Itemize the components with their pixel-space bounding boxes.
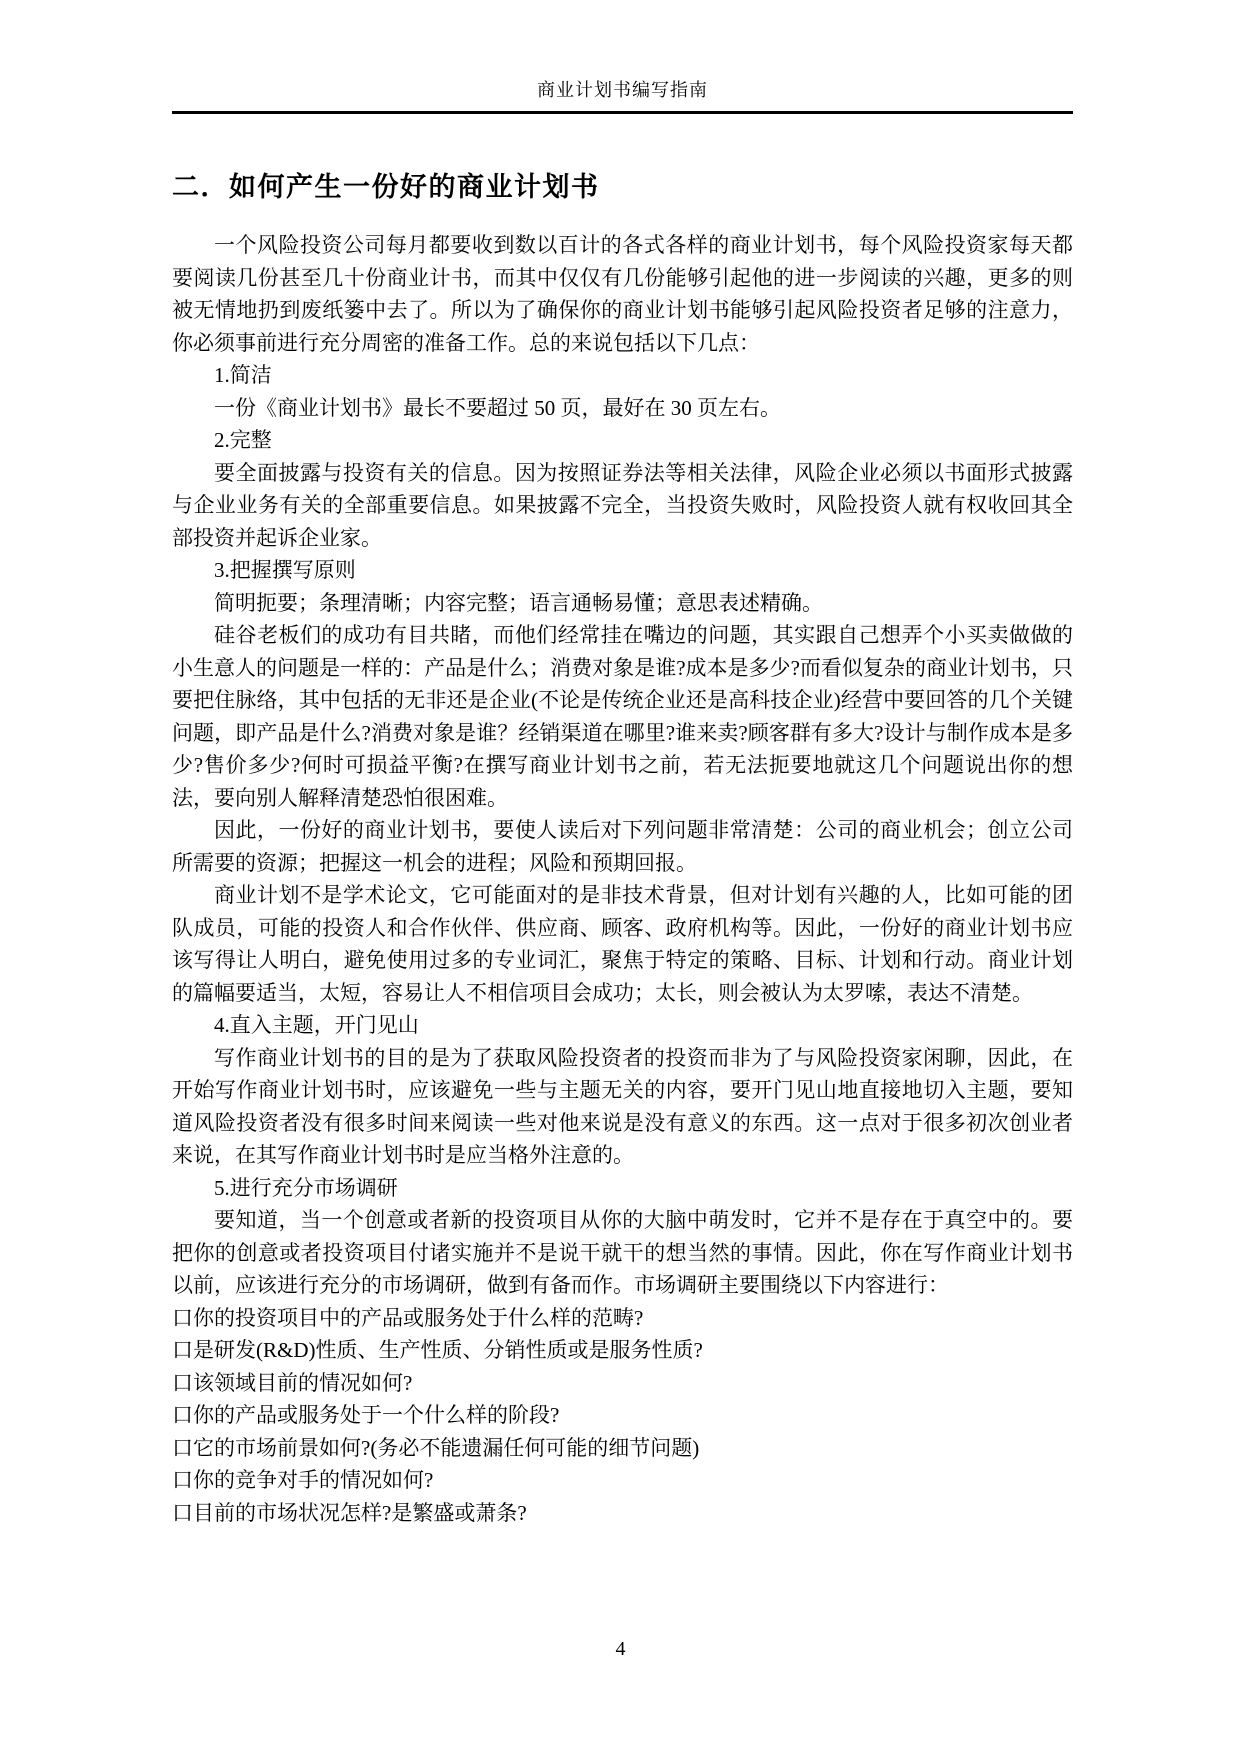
paragraph: 一份《商业计划书》最长不要超过 50 页，最好在 30 页左右。 xyxy=(172,392,1073,425)
checklist-item: 口你的投资项目中的产品或服务处于什么样的范畴? xyxy=(172,1302,1073,1335)
numbered-item: 3.把握撰写原则 xyxy=(172,554,1073,587)
header-rule xyxy=(172,111,1073,114)
paragraph: 商业计划不是学术论文，它可能面对的是非技术背景，但对计划有兴趣的人，比如可能的团… xyxy=(172,879,1073,1009)
document-page: 商业计划书编写指南 二．如何产生一份好的商业计划书 一个风险投资公司每月都要收到… xyxy=(0,0,1241,1754)
page-number: 4 xyxy=(0,1638,1241,1661)
checklist-item: 口目前的市场状况怎样?是繁盛或萧条? xyxy=(172,1497,1073,1530)
paragraph: 硅谷老板们的成功有目共睹，而他们经常挂在嘴边的问题，其实跟自己想弄个小买卖做做的… xyxy=(172,619,1073,814)
paragraph: 一个风险投资公司每月都要收到数以百计的各式各样的商业计划书，每个风险投资家每天都… xyxy=(172,229,1073,359)
checklist-item: 口你的产品或服务处于一个什么样的阶段? xyxy=(172,1399,1073,1432)
paragraph: 因此，一份好的商业计划书，要使人读后对下列问题非常清楚：公司的商业机会；创立公司… xyxy=(172,814,1073,879)
numbered-item: 5.进行充分市场调研 xyxy=(172,1172,1073,1205)
checklist-item: 口是研发(R&D)性质、生产性质、分销性质或是服务性质? xyxy=(172,1334,1073,1367)
numbered-item: 1.简洁 xyxy=(172,359,1073,392)
checklist-item: 口你的竞争对手的情况如何? xyxy=(172,1464,1073,1497)
numbered-item: 4.直入主题，开门见山 xyxy=(172,1009,1073,1042)
paragraph: 简明扼要；条理清晰；内容完整；语言通畅易懂；意思表述精确。 xyxy=(172,587,1073,620)
section-title: 二．如何产生一份好的商业计划书 xyxy=(172,170,1073,204)
document-body: 一个风险投资公司每月都要收到数以百计的各式各样的商业计划书，每个风险投资家每天都… xyxy=(172,229,1073,1529)
paragraph: 要知道，当一个创意或者新的投资项目从你的大脑中萌发时，它并不是存在于真空中的。要… xyxy=(172,1204,1073,1302)
paragraph: 写作商业计划书的目的是为了获取风险投资者的投资而非为了与风险投资家闲聊，因此，在… xyxy=(172,1042,1073,1172)
numbered-item: 2.完整 xyxy=(172,424,1073,457)
running-header: 商业计划书编写指南 xyxy=(172,78,1073,102)
checklist-item: 口它的市场前景如何?(务必不能遗漏任何可能的细节问题) xyxy=(172,1432,1073,1465)
checklist-item: 口该领域目前的情况如何? xyxy=(172,1367,1073,1400)
paragraph: 要全面披露与投资有关的信息。因为按照证券法等相关法律，风险企业必须以书面形式披露… xyxy=(172,457,1073,555)
